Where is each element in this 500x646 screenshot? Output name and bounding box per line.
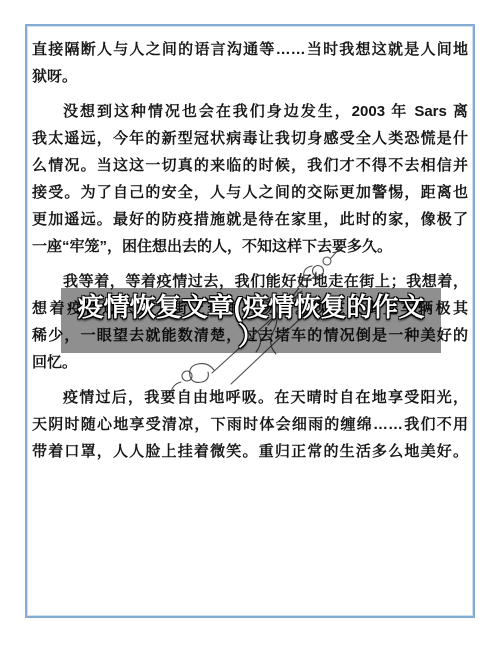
paragraph: 没想到这种情况也会在我们身边发生，2003 年 Sars 离我太遥远，今年的新型… <box>32 98 468 260</box>
text-line: 一座“牢笼”，困住想出去的人，不知这样下去要多久。 <box>32 233 468 260</box>
paragraph: 直接隔断人与人之间的语言沟通等……当时我想这就是人间地狱呀。 <box>32 36 468 90</box>
title-overlay: 疫情恢复文章(疫情恢复的作文 ） <box>61 288 441 353</box>
page: 直接隔断人与人之间的语言沟通等……当时我想这就是人间地狱呀。没想到这种情况也会在… <box>0 0 500 646</box>
title-overlay-line-1: 疫情恢复文章(疫情恢复的作文 <box>61 288 441 322</box>
text-line: 狱呀。 <box>32 63 468 90</box>
text-line: 回忆。 <box>32 349 468 376</box>
text-line: 没想到这种情况也会在我们身边发生，2003 年 Sars 离 <box>32 98 468 125</box>
text-line: 更加遥远。最好的防疫措施就是待在家里，此时的家，像极了 <box>32 206 468 233</box>
text-line: 疫情过后，我要自由地呼吸。在天晴时自在地享受阳光， <box>32 384 468 411</box>
document-body: 直接隔断人与人之间的语言沟通等……当时我想这就是人间地狱呀。没想到这种情况也会在… <box>27 26 473 465</box>
text-line: 天阴时随心地享受清凉，下雨时体会细雨的缠绵……我们不用 <box>32 411 468 438</box>
text-line: 接受。为了自己的安全，人与人之间的交际更加警惕，距离也 <box>32 179 468 206</box>
paragraph: 疫情过后，我要自由地呼吸。在天晴时自在地享受阳光，天阴时随心地享受清凉，下雨时体… <box>32 384 468 465</box>
text-line: 带着口罩，人人脸上挂着微笑。重归正常的生活多么地美好。 <box>32 438 468 465</box>
title-overlay-line-2: ） <box>61 322 441 350</box>
text-line: 么情况。当这这一切真的来临的时候，我们才不得不去相信并 <box>32 152 468 179</box>
text-line: 直接隔断人与人之间的语言沟通等……当时我想这就是人间地 <box>32 36 468 63</box>
text-line: 我太遥远，今年的新型冠状病毒让我切身感受全人类恐慌是什 <box>32 125 468 152</box>
